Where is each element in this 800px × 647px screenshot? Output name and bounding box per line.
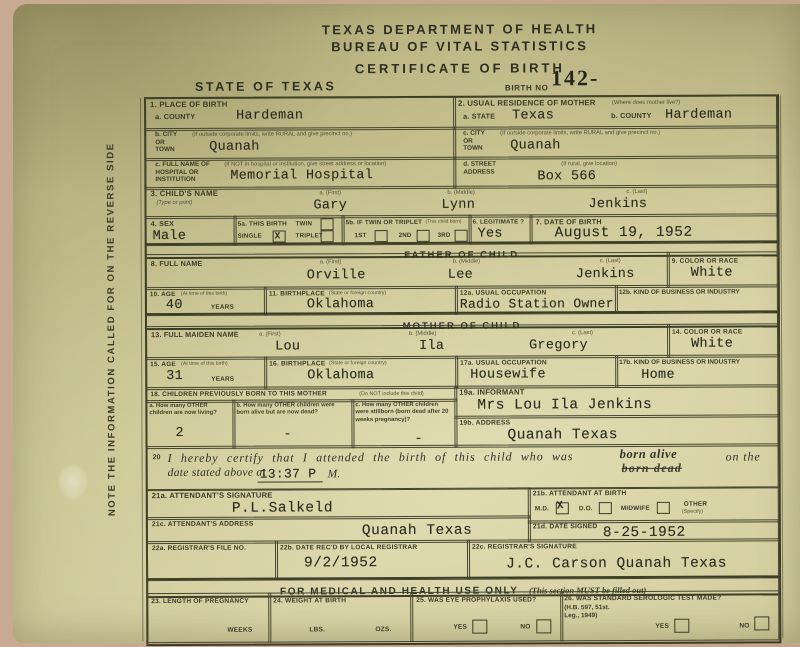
attendant-at-birth-label: 21b. ATTENDANT AT BIRTH — [533, 490, 627, 498]
birth-no-label: BIRTH NO — [505, 83, 549, 92]
prev-children-title-note: (Do NOT include this child) — [359, 391, 423, 397]
residence-title-note: (Where does mother live?) — [612, 100, 680, 107]
informant-address-value: Quanah Texas — [507, 428, 617, 443]
county-label: a. COUNTY — [155, 113, 195, 121]
eye-prophylaxis-label: 25. WAS EYE PROPHYLAXIS USED? — [416, 596, 536, 604]
cell-serologic-test: 26. WAS STANDARD SEROLOGIC TEST MADE? (H… — [560, 590, 779, 641]
mother-birthplace-value: Oklahoma — [307, 369, 374, 383]
mother-age-unit: YEARS — [211, 376, 234, 383]
weeks-unit-label: WEEKS — [227, 627, 252, 635]
cell-mother-race: 14. COLOR OR RACE White — [667, 323, 778, 357]
mother-first-label: a. (First) — [259, 332, 281, 339]
mother-middle-label: b. (Middle) — [409, 331, 436, 338]
midwife-label: MIDWIFE — [621, 505, 650, 512]
legitimate-value: Yes — [478, 228, 503, 242]
attendant-address-value: Quanah Texas — [362, 524, 472, 539]
mother-age-label: 15. AGE — [150, 361, 176, 368]
cell-length-of-pregnancy: 23. LENGTH OF PREGNANCY WEEKS — [147, 593, 271, 644]
second-born-checkbox — [417, 230, 430, 242]
cell-registrar-signature: 22c. REGISTRAR'S SIGNATURE J.C. Carson Q… — [467, 538, 779, 579]
md-check-mark: X — [556, 501, 564, 513]
cell-date-received: 22b. DATE REC'D BY LOCAL REGISTRAR 9/2/1… — [275, 540, 470, 581]
header-title: CERTIFICATE OF BIRTH — [145, 59, 775, 77]
father-race-label: 9. COLOR OR RACE — [672, 258, 739, 266]
prev-children-dead-label: b. How many OTHER children were born ali… — [236, 402, 346, 417]
mother-race-value: White — [691, 338, 733, 352]
ozs-unit-label: OZS. — [375, 626, 391, 634]
city-label: b. CITY OR TOWN — [155, 131, 177, 154]
residence-state-value: Texas — [512, 109, 554, 123]
midwife-checkbox — [657, 502, 670, 514]
legitimate-label: 6. LEGITIMATE ? — [473, 218, 525, 225]
prev-children-living-value: 2 — [175, 427, 183, 441]
cell-mother-occupation: 17a. USUAL OCCUPATION Housewife — [455, 355, 618, 389]
father-last-value: Jenkins — [576, 268, 635, 282]
twin-checkbox — [321, 218, 334, 230]
serologic-test-label: 26. WAS STANDARD SEROLOGIC TEST MADE? — [564, 595, 721, 603]
date-received-label: 22b. DATE REC'D BY LOCAL REGISTRAR — [280, 544, 417, 552]
birth-no-value: 142- — [551, 65, 599, 91]
registrar-signature-label: 22c. REGISTRAR'S SIGNATURE — [472, 543, 577, 551]
first-born-checkbox — [375, 230, 388, 242]
cell-attendant-at-birth: 21b. ATTENDANT AT BIRTH M.D. X D.O. MIDW… — [528, 486, 779, 523]
do-label: D.O. — [579, 505, 593, 512]
certification-m-label: M. — [328, 468, 341, 481]
eye-prophylaxis-no-label: NO — [520, 623, 530, 631]
child-middle-value: Lynn — [441, 199, 475, 213]
cell-prev-children-dead: b. How many OTHER children were born ali… — [232, 399, 354, 449]
county-value: Hardeman — [236, 109, 303, 123]
mother-occupation-label: 17a. USUAL OCCUPATION — [460, 359, 547, 367]
prev-children-stillborn-label: c. How many OTHER children were stillbor… — [355, 402, 451, 425]
mother-age-value: 31 — [166, 370, 183, 384]
triplet-checkbox — [321, 230, 334, 242]
child-last-label: c. (Last) — [626, 189, 647, 196]
cell-prev-children-living: a. How many OTHER children are now livin… — [146, 400, 235, 449]
residence-title: 2. USUAL RESIDENCE OF MOTHER — [458, 99, 596, 109]
father-race-value: White — [691, 267, 733, 281]
registrar-signature-value: J.C. Carson Quanah Texas — [506, 557, 727, 572]
attendant-signature-value: P.L.Salkeld — [232, 501, 333, 516]
child-first-value: Gary — [313, 199, 347, 213]
mother-first-value: Lou — [275, 340, 300, 354]
eye-prophylaxis-yes-label: YES — [453, 624, 467, 632]
cell-mother-birthplace: 16. BIRTHPLACE (State or foreign country… — [264, 356, 458, 390]
other-specify-note: (Specify) — [682, 509, 703, 515]
mother-last-label: c. (Last) — [572, 330, 593, 337]
header-department: TEXAS DEPARTMENT OF HEALTH — [145, 20, 775, 38]
left-double-rule — [140, 98, 143, 641]
eye-prophylaxis-yes-checkbox — [472, 620, 487, 634]
second-born-label: 2ND — [399, 232, 412, 239]
street-note: (If rural, give location) — [561, 161, 617, 168]
cell-this-birth: 5a. THIS BIRTH TWIN SINGLE X TRIPLET — [234, 215, 345, 245]
father-name-label: 8. FULL NAME — [151, 260, 203, 269]
cell-father-race: 9. COLOR OR RACE White — [667, 251, 778, 287]
childs-name-title: 3. CHILD'S NAME — [150, 190, 218, 199]
residence-county-label: b. COUNTY — [611, 112, 652, 120]
certification-text-3: date stated above at — [168, 467, 266, 480]
triplet-label: TRIPLET — [296, 232, 323, 239]
registrar-file-no-label: 22a. REGISTRAR'S FILE NO. — [152, 545, 246, 553]
residence-city-value: Quanah — [510, 139, 560, 153]
hospital-label: c. FULL NAME OF HOSPITAL OR INSTITUTION — [155, 161, 210, 184]
serologic-test-yes-label: YES — [655, 623, 669, 631]
date-signed-label: 21d. DATE SIGNED — [533, 523, 598, 531]
mother-industry-value: Home — [641, 369, 675, 383]
hospital-value: Memorial Hospital — [230, 169, 373, 183]
cell-mother-age: 15. AGE (At time of this birth) 31 YEARS — [146, 357, 267, 391]
street-label: d. STREET ADDRESS — [463, 161, 496, 176]
street-value: Box 566 — [537, 170, 596, 184]
childs-name-note: (Type or print) — [156, 200, 192, 207]
cell-weight-at-birth: 24. WEIGHT AT BIRTH LBS. OZS. — [268, 592, 413, 643]
sex-label: 4. SEX — [151, 220, 175, 228]
father-last-label: c. (Last) — [600, 258, 621, 265]
mother-race-label: 14. COLOR OR RACE — [672, 329, 742, 337]
father-first-value: Orville — [307, 269, 366, 283]
residence-city-note: (If outside corporate limits, write RURA… — [500, 130, 660, 137]
child-last-value: Jenkins — [588, 198, 647, 212]
cell-legitimate: 6. LEGITIMATE ? Yes — [469, 214, 533, 244]
father-industry-label: 12b. KIND OF BUSINESS OR INDUSTRY — [619, 288, 771, 297]
mother-last-value: Gregory — [529, 339, 588, 353]
scanned-birth-certificate: TEXAS DEPARTMENT OF HEALTH BUREAU OF VIT… — [0, 0, 800, 647]
serologic-test-no-label: NO — [739, 622, 749, 630]
place-of-birth-title: 1. PLACE OF BIRTH — [150, 101, 228, 110]
weight-at-birth-label: 24. WEIGHT AT BIRTH — [273, 597, 346, 605]
father-birthplace-value: Oklahoma — [307, 298, 374, 312]
father-age-unit: YEARS — [211, 304, 234, 311]
do-checkbox — [599, 502, 612, 514]
certification-text-2: on the — [726, 450, 761, 463]
cell-if-twin-or-triplet: 5b. IF TWIN OR TRIPLET (This child born)… — [342, 215, 472, 246]
father-first-label: a. (First) — [320, 259, 342, 266]
father-occupation-value: Radio Station Owner — [460, 297, 614, 311]
cell-registrar-file-no: 22a. REGISTRAR'S FILE NO. — [147, 541, 278, 582]
informant-label: 19a. INFORMANT — [459, 388, 524, 397]
eye-prophylaxis-no-checkbox — [536, 619, 551, 633]
residence-city-label: c. CITY OR TOWN — [463, 130, 485, 153]
sex-value: Male — [153, 230, 187, 244]
prev-children-living-label: a. How many OTHER children are now livin… — [149, 403, 229, 418]
cell-sex: 4. SEX Male — [146, 216, 237, 246]
mother-birthplace-label: 16. BIRTHPLACE — [269, 360, 325, 368]
certification-number: 20 — [153, 454, 161, 462]
mother-occupation-value: Housewife — [470, 368, 546, 382]
mother-name-label: 13. FULL MAIDEN NAME — [151, 331, 239, 340]
born-dead-struck-text: born dead — [622, 462, 683, 475]
child-first-label: a. (First) — [319, 190, 341, 197]
state-of-texas: STATE OF TEXAS — [195, 79, 337, 94]
mother-middle-value: Ila — [419, 340, 444, 354]
twin-triplet-note: (This child born) — [426, 220, 462, 226]
father-middle-label: b. (Middle) — [453, 259, 480, 266]
serologic-test-no-checkbox — [754, 616, 769, 630]
md-label: M.D. — [535, 505, 549, 512]
other-label: OTHER — [684, 501, 707, 508]
prev-children-title: 18. CHILDREN PREVIOUSLY BORN TO THIS MOT… — [150, 390, 327, 398]
mother-birthplace-note: (State or foreign country) — [329, 361, 386, 367]
certification-text-1: I hereby certify that I attended the bir… — [168, 450, 574, 465]
attendant-signature-label: 21a. ATTENDANT'S SIGNATURE — [152, 492, 273, 501]
city-value: Quanah — [209, 141, 259, 155]
single-check-mark: X — [275, 232, 281, 242]
twin-triplet-label: 5b. IF TWIN OR TRIPLET — [346, 219, 423, 226]
third-born-checkbox — [455, 230, 468, 242]
cell-certification: 20 I hereby certify that I attended the … — [147, 443, 779, 491]
date-of-birth-value: August 19, 1952 — [555, 226, 693, 241]
single-label: SINGLE — [238, 233, 262, 240]
lbs-unit-label: LBS. — [309, 626, 325, 634]
mother-age-note: (At time of this birth) — [181, 362, 227, 368]
serologic-test-yes-checkbox — [674, 619, 689, 633]
cell-prev-children-stillborn: c. How many OTHER children were stillbor… — [351, 399, 457, 448]
mother-industry-label: 17b. KIND OF BUSINESS OR INDUSTRY — [619, 358, 771, 367]
length-of-pregnancy-label: 23. LENGTH OF PREGNANCY — [151, 598, 249, 606]
father-middle-value: Lee — [448, 269, 473, 283]
attendant-address-label: 21c. ATTENDANT'S ADDRESS — [152, 521, 254, 529]
header-bureau: BUREAU OF VITAL STATISTICS — [145, 37, 775, 55]
cell-eye-prophylaxis: 25. WAS EYE PROPHYLAXIS USED? YES NO — [410, 591, 563, 642]
certificate-content: TEXAS DEPARTMENT OF HEALTH BUREAU OF VIT… — [0, 0, 800, 647]
birth-time-value: 13:37 P — [258, 467, 323, 482]
third-born-label: 3RD — [438, 232, 451, 239]
cell-mother-industry: 17b. KIND OF BUSINESS OR INDUSTRY Home — [615, 354, 778, 388]
residence-county-value: Hardeman — [665, 109, 732, 123]
informant-address-label: 19b. ADDRESS — [459, 420, 510, 428]
city-note: (If outside corporate limits, write RURA… — [192, 131, 352, 138]
father-age-value: 40 — [166, 299, 183, 313]
reverse-side-note: NOTE THE INFORMATION CALLED FOR ON THE R… — [105, 109, 125, 549]
father-age-note: (At time of this birth) — [181, 292, 227, 298]
prev-children-dead-value: - — [283, 428, 291, 442]
twin-label: TWIN — [296, 220, 313, 227]
informant-value: Mrs Lou Ila Jenkins — [477, 398, 652, 413]
first-born-label: 1ST — [355, 232, 367, 239]
child-middle-label: b. (Middle) — [447, 190, 474, 197]
this-birth-label: 5a. THIS BIRTH — [238, 220, 287, 228]
date-received-value: 9/2/1952 — [304, 556, 378, 571]
residence-state-label: a. STATE — [463, 113, 495, 121]
serologic-test-note: (H.B. 597, 51st. Leg., 1949) — [564, 604, 610, 619]
born-alive-text: born alive — [620, 448, 678, 462]
